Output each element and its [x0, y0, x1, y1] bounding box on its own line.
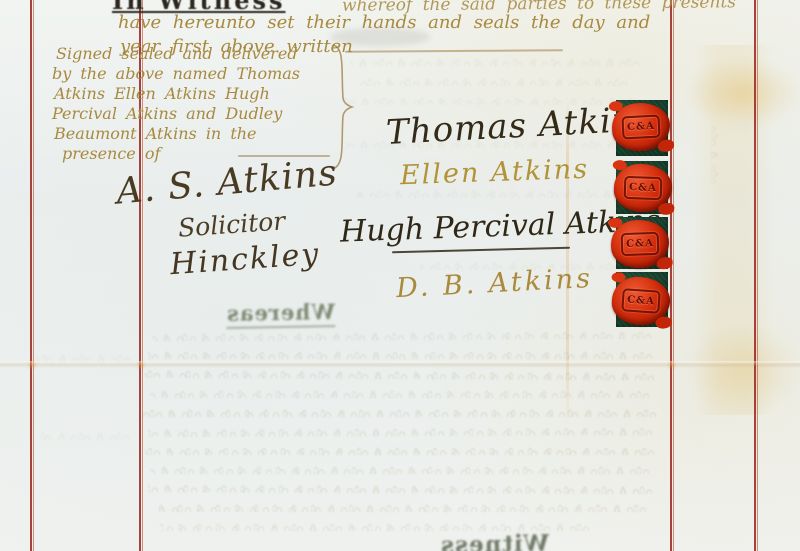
showthrough-gothic-heading: Whereas [226, 299, 336, 329]
showthrough-line [145, 445, 655, 455]
crease-intersection-mark [667, 361, 677, 369]
wax-seal-3: C&A [616, 217, 668, 269]
showthrough-line [36, 352, 131, 362]
seal-monogram: C&A [621, 288, 661, 314]
margin-rule-right-inner [670, 0, 675, 551]
wax-seal-1: C&A [616, 100, 668, 156]
wax-seal-4: C&A [616, 272, 668, 327]
showthrough-line [142, 407, 657, 417]
wax-blob: C&A [611, 102, 671, 153]
attestation-line-1: Signed sealed and delivered [56, 44, 298, 63]
deed-document-page: Whereas Witness In Witness whereof the s… [0, 0, 800, 551]
showthrough-line [148, 425, 653, 437]
margin-rule-left-outer [30, 0, 35, 551]
seal-monogram: C&A [624, 176, 663, 200]
showthrough-line [150, 388, 650, 398]
showthrough-line [38, 430, 130, 440]
wax-blob: C&A [613, 163, 673, 213]
attestation-line-4: Percival Atkins and Dudley [52, 104, 282, 123]
crease-intersection-mark [27, 361, 37, 369]
witness-title: Solicitor [177, 206, 286, 242]
showthrough-line [150, 464, 650, 474]
wax-seal-2: C&A [616, 161, 668, 214]
showthrough-line [350, 56, 640, 66]
horizontal-crease [0, 361, 800, 368]
attestation-line-2: by the above named Thomas [52, 64, 300, 83]
seal-monogram: C&A [621, 232, 660, 256]
attestation-line-5: Beaumont Atkins in the [54, 124, 257, 143]
ink-rule [345, 49, 563, 53]
wax-blob: C&A [610, 219, 670, 269]
showthrough-line [152, 502, 647, 512]
showthrough-line [358, 76, 628, 86]
corner-stain [685, 58, 800, 128]
attestation-line-6: presence of [62, 144, 160, 163]
showthrough-line [148, 482, 653, 494]
attestation-line-3: Atkins Ellen Atkins Hugh [54, 84, 270, 103]
showthrough-line [352, 188, 637, 198]
showthrough-line [152, 329, 652, 342]
signature-ellen-atkins: Ellen Atkins [400, 154, 590, 192]
showthrough-line [145, 368, 655, 381]
witness-place: Hinckley [169, 237, 321, 282]
showthrough-line [711, 125, 721, 185]
lower-right-stain [690, 325, 800, 415]
signature-underline [392, 247, 570, 254]
top-clause-line2: have hereunto set their hands and seals … [118, 12, 650, 33]
fold-stain-band [693, 45, 773, 415]
showthrough-line [148, 349, 653, 359]
seal-monogram: C&A [621, 115, 660, 140]
showthrough-gothic-bottom: Witness [440, 530, 550, 551]
margin-rule-right-outer [754, 0, 759, 551]
